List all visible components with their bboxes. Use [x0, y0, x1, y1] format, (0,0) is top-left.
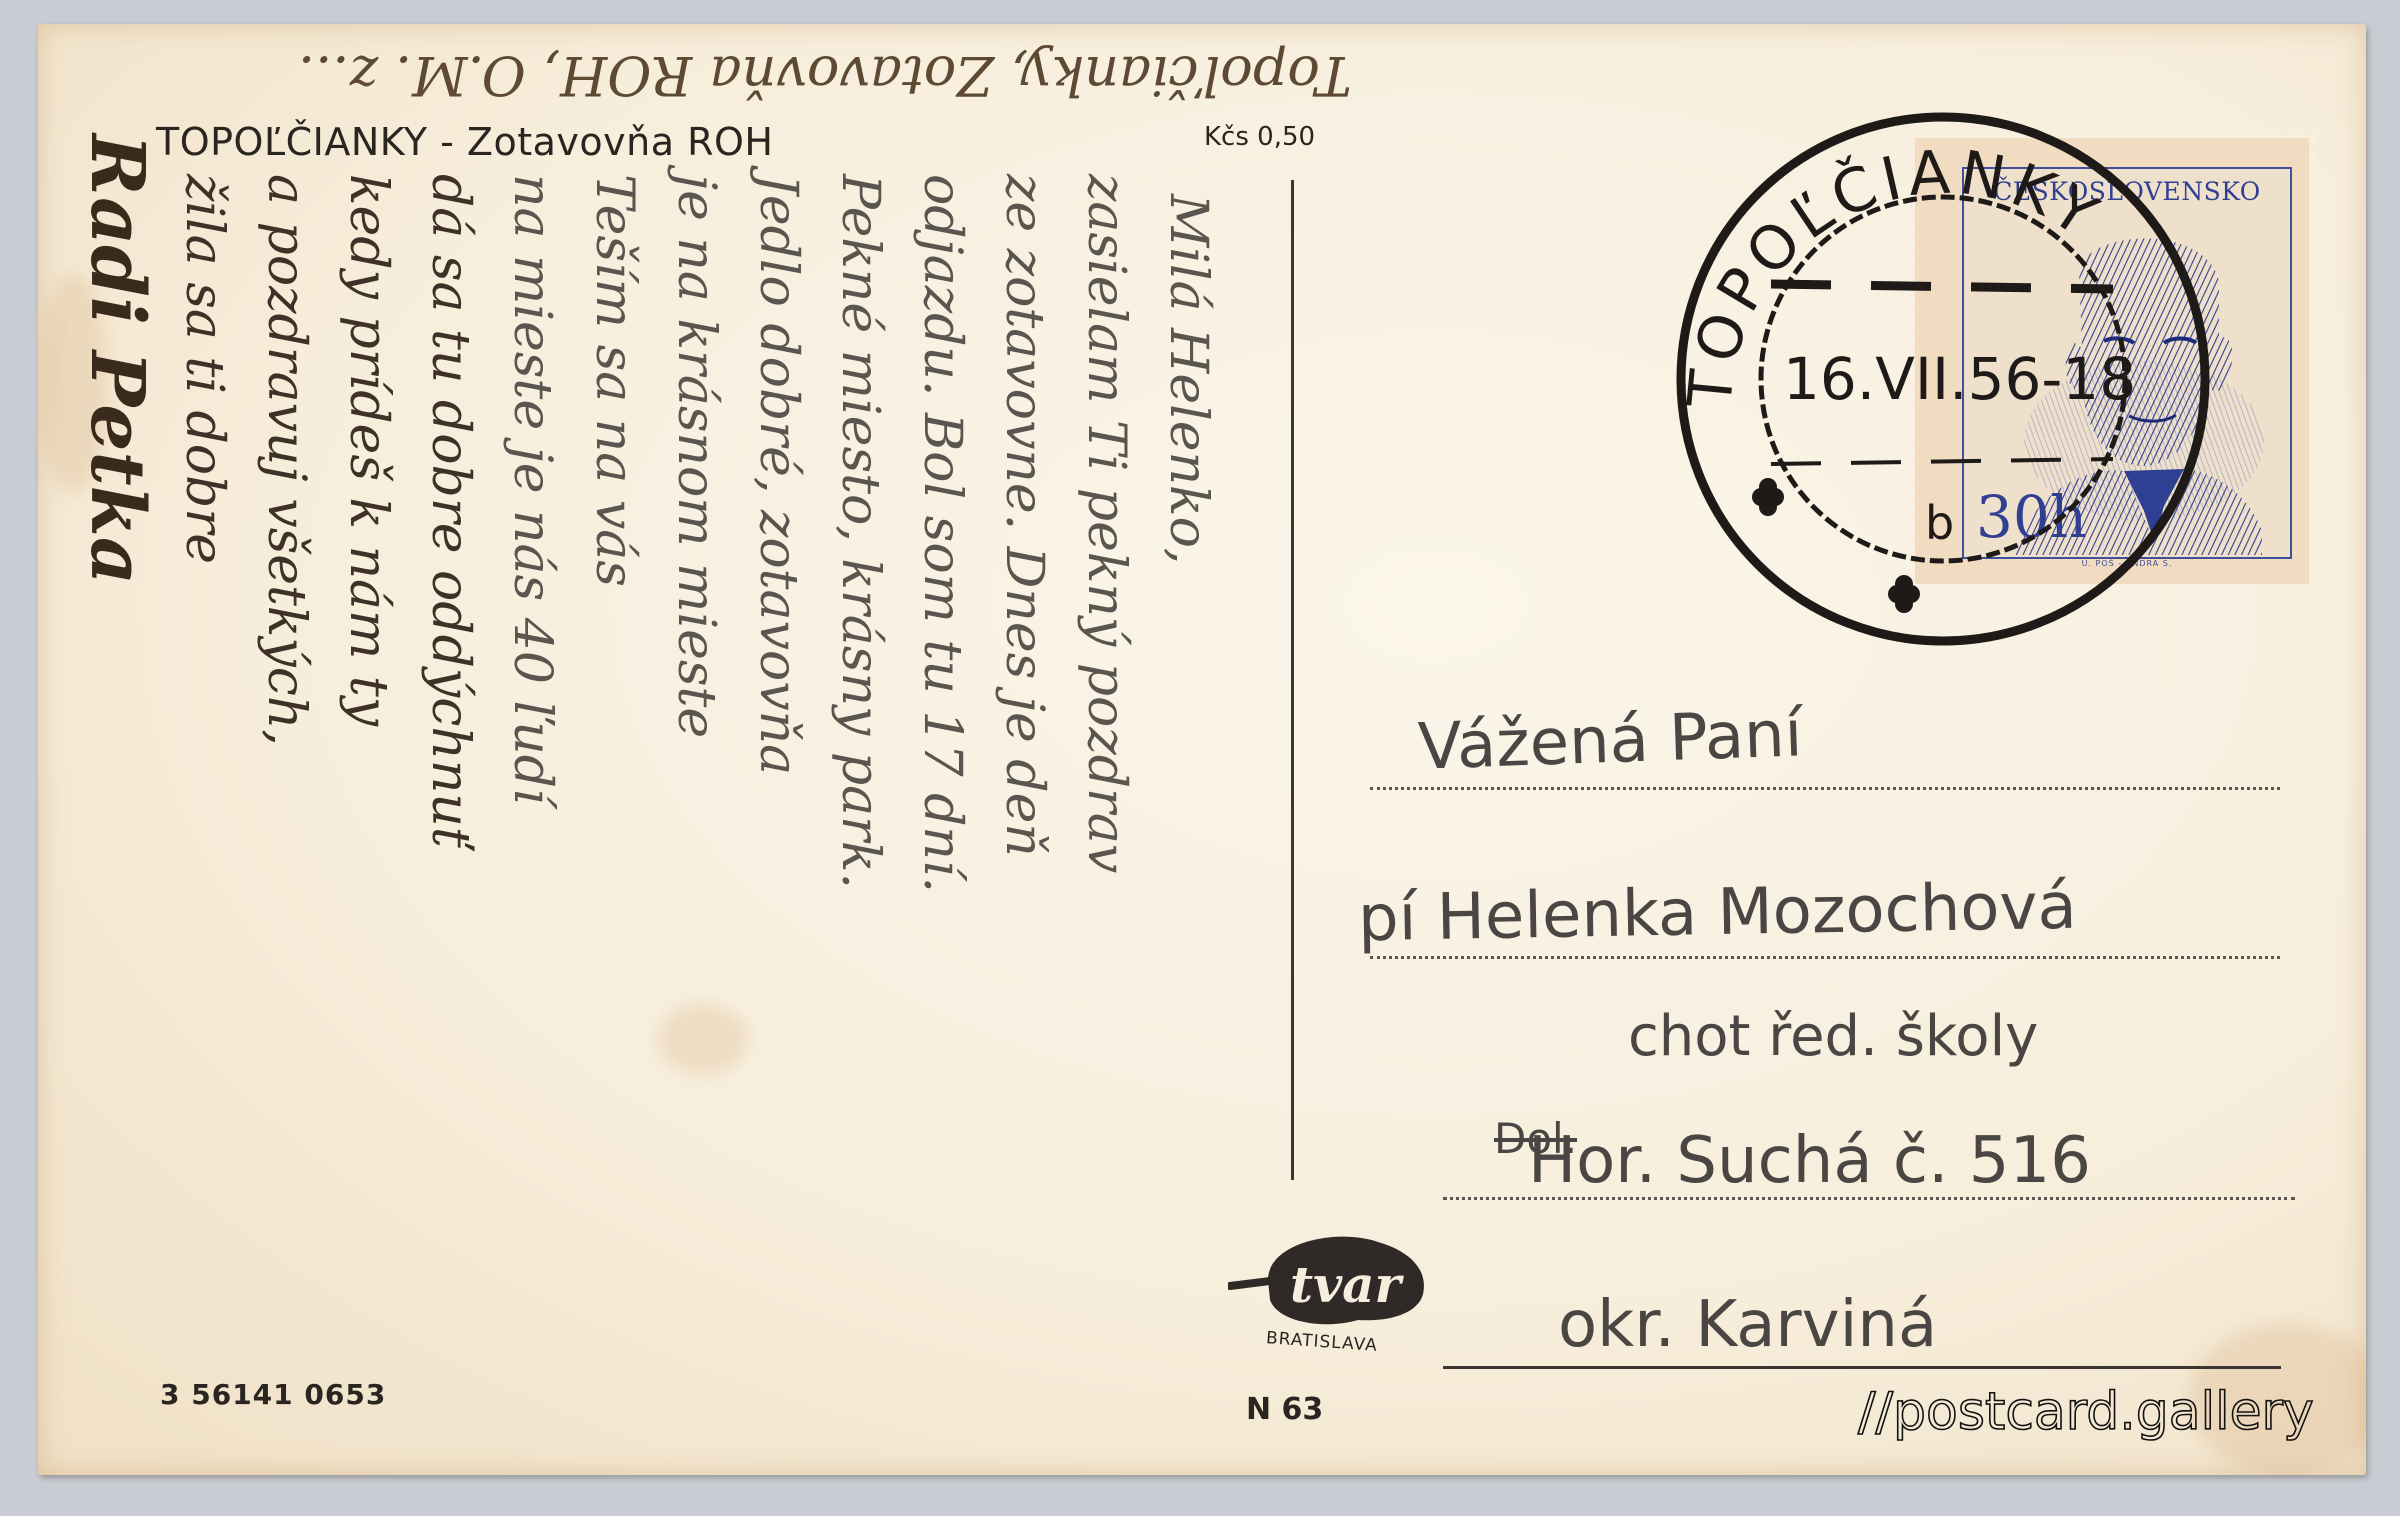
address-line-4 [1443, 1366, 2281, 1369]
message-line: Milá Helenko, [1158, 194, 1218, 564]
handwritten-message: Milá Helenko,zasielam Ti pekný pozdravze… [98, 174, 1228, 1414]
watermark: //postcard.gallery [1858, 1382, 2314, 1442]
address-line-1 [1370, 787, 2280, 790]
printed-price: Kčs 0,50 [1204, 122, 1315, 152]
message-line: ze zotavovne. Dnes je deň [994, 174, 1054, 857]
message-line: žila sa ti dobre [174, 174, 234, 564]
clover-icon [1752, 478, 1784, 516]
message-line: Teším sa na vás [584, 174, 644, 587]
stamp-value: 30h [1976, 483, 2087, 551]
message-line: Pekné miesto, krásny park. [830, 174, 890, 889]
message-line: kedy prídeš k nám ty [338, 174, 398, 726]
address-title: chot řed. školy [1628, 1004, 2038, 1069]
series-code: N 63 [1246, 1392, 1323, 1427]
svg-text:tvar: tvar [1290, 1255, 1405, 1314]
message-line: dá sa tu dobre oddýchnuť [420, 174, 480, 848]
address-street: Hor. Suchá č. 516 [1528, 1124, 2091, 1198]
address-recipient: pí Helenka Mozochová [1357, 870, 2077, 957]
message-line: Jedlo dobré, zotavovňa [748, 174, 808, 775]
center-divider [1291, 180, 1294, 1180]
return-address-upside-down: Topoľčianky, Zotavovňa ROH, O.M. z... [298, 44, 1352, 107]
signature: Radi Petka [74, 134, 160, 585]
postcard-back: Topoľčianky, Zotavovňa ROH, O.M. z... TO… [38, 24, 2366, 1475]
message-line: a pozdravuj všetkých, [256, 174, 316, 746]
message-line: je na krásnom mieste [666, 174, 726, 738]
stamp-frame: ČESKOSLOVENSKO 30h [1962, 167, 2292, 559]
message-line: na mieste je nás 40 ľudí [502, 174, 562, 805]
address-line-2 [1370, 956, 2280, 959]
serial-number: 3 56141 0653 [160, 1378, 386, 1411]
printed-title: TOPOĽČIANKY - Zotavovňa ROH [156, 120, 773, 164]
message-line: odjazdu. Bol som tu 17 dní. [912, 174, 972, 893]
stamp-country: ČESKOSLOVENSKO [1964, 177, 2290, 206]
tvar-logo-icon: tvar [1228, 1222, 1438, 1342]
stamp-credit: U. POŠ - JINDRA S. [1962, 559, 2292, 568]
address-salutation: Vážená Paní [1417, 697, 1804, 784]
address-district: okr. Karviná [1558, 1288, 1937, 1362]
message-line: zasielam Ti pekný pozdrav [1076, 174, 1136, 873]
